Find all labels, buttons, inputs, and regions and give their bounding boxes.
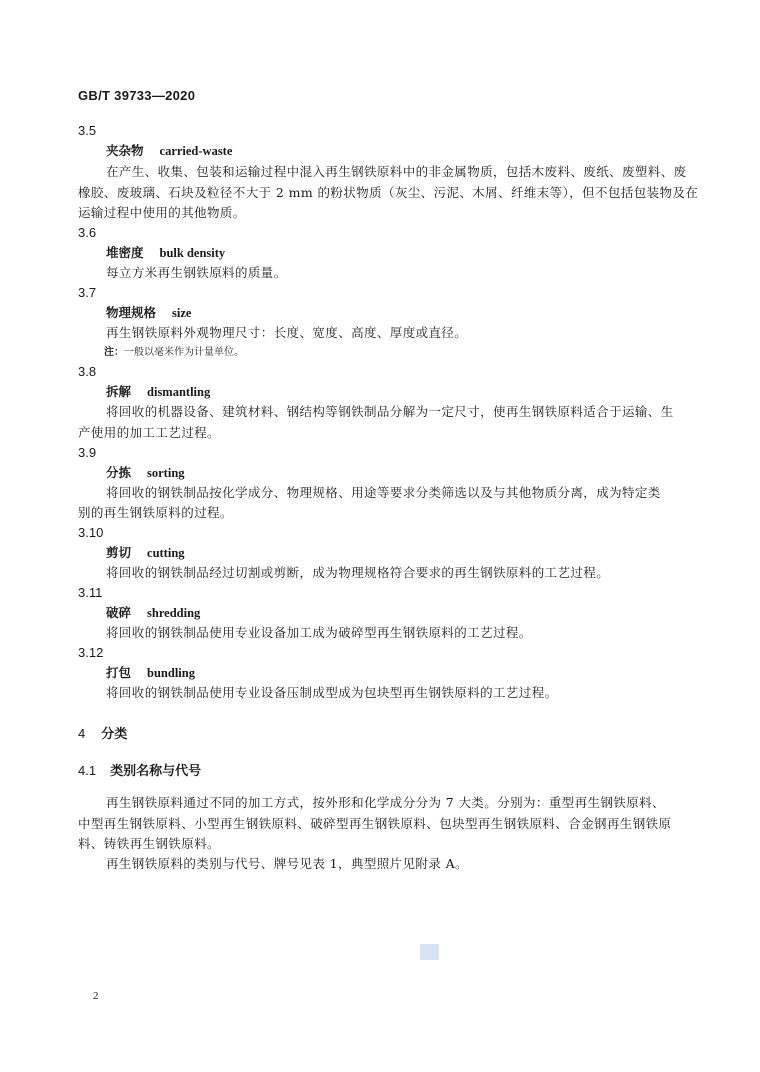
section-title: 分类 [101,726,127,741]
term-zh: 分拣 [106,465,131,480]
paragraph-line: 再生钢铁原料的类别与代号、牌号见表 1，典型照片见附录 A。 [106,856,468,872]
definition-line: 将回收的机器设备、建筑材料、钢结构等钢铁制品分解为一定尺寸，使再生钢铁原料适合于… [106,404,674,420]
term-en: bulk density [160,246,226,260]
term-zh: 堆密度 [106,245,144,260]
watermark-logo-icon [420,944,439,960]
subsection-heading: 4.1类别名称与代号 [78,763,201,779]
term-number: 3.11 [78,585,102,601]
note-text: 一般以毫米作为计量单位。 [124,347,244,358]
subsection-number: 4.1 [78,763,96,778]
term-zh: 物理规格 [106,305,156,320]
term-zh: 拆解 [106,384,131,399]
definition-line: 运输过程中使用的其他物质。 [78,205,246,221]
definition-line: 将回收的钢铁制品经过切割或剪断，成为物理规格符合要求的再生钢铁原料的工艺过程。 [106,565,609,581]
definition-line: 将回收的钢铁制品使用专业设备加工成为破碎型再生钢铁原料的工艺过程。 [106,625,532,641]
term-number: 3.5 [78,123,96,139]
term-zh: 打包 [106,665,131,680]
term-title: 物理规格size [106,305,191,321]
term-title: 夹杂物carried-waste [106,143,232,159]
term-title: 拆解dismantling [106,384,210,400]
term-number: 3.10 [78,525,103,541]
definition-line: 再生钢铁原料外观物理尺寸：长度、宽度、高度、厚度或直径。 [106,325,467,341]
term-number: 3.12 [78,645,103,661]
standard-code-header: GB/T 39733—2020 [78,88,195,104]
term-en: cutting [147,546,185,560]
paragraph-line: 料、铸铁再生钢铁原料。 [78,836,220,852]
definition-line: 将回收的钢铁制品按化学成分、物理规格、用途等要求分类筛选以及与其他物质分离，成为… [106,485,661,501]
definition-line: 每立方米再生钢铁原料的质量。 [106,265,287,281]
term-zh: 破碎 [106,605,131,620]
term-en: shredding [147,606,200,620]
term-title: 剪切cutting [106,545,185,561]
term-title: 打包bundling [106,665,195,681]
paragraph-line: 再生钢铁原料通过不同的加工方式，按外形和化学成分分为 7 大类。分别为：重型再生… [106,795,665,811]
term-title: 堆密度bulk density [106,245,225,261]
term-en: bundling [147,666,195,680]
definition-line: 别的再生钢铁原料的过程。 [78,505,233,521]
paragraph-line: 中型再生钢铁原料、小型再生钢铁原料、破碎型再生钢铁原料、包块型再生钢铁原料、合金… [78,816,671,832]
term-title: 破碎shredding [106,605,200,621]
term-en: dismantling [147,385,210,399]
subsection-title: 类别名称与代号 [110,763,201,778]
section-heading: 4分类 [78,726,127,742]
term-number: 3.7 [78,285,96,301]
term-number: 3.6 [78,225,96,241]
term-zh: 剪切 [106,545,131,560]
definition-line: 橡胶、废玻璃、石块及粒径不大于 2 mm 的粉状物质（灰尘、污泥、木屑、纤维末等… [78,185,698,201]
term-zh: 夹杂物 [106,143,144,158]
term-number: 3.9 [78,445,96,461]
page-number: 2 [93,990,99,1002]
section-number: 4 [78,726,85,741]
term-en: carried-waste [160,144,233,158]
term-number: 3.8 [78,364,96,380]
document-page: GB/T 39733—2020 3.5 夹杂物carried-waste 在产生… [0,0,760,1072]
term-en: size [172,306,191,320]
definition-line: 将回收的钢铁制品使用专业设备压制成型成为包块型再生钢铁原料的工艺过程。 [106,685,558,701]
definition-line: 产使用的加工工艺过程。 [78,425,220,441]
note: 注：一般以毫米作为计量单位。 [104,345,244,361]
definition-line: 在产生、收集、包装和运输过程中混入再生钢铁原料中的非金属物质，包括木废料、废纸、… [106,164,687,180]
note-label: 注： [104,347,124,358]
term-en: sorting [147,466,185,480]
term-title: 分拣sorting [106,465,185,481]
